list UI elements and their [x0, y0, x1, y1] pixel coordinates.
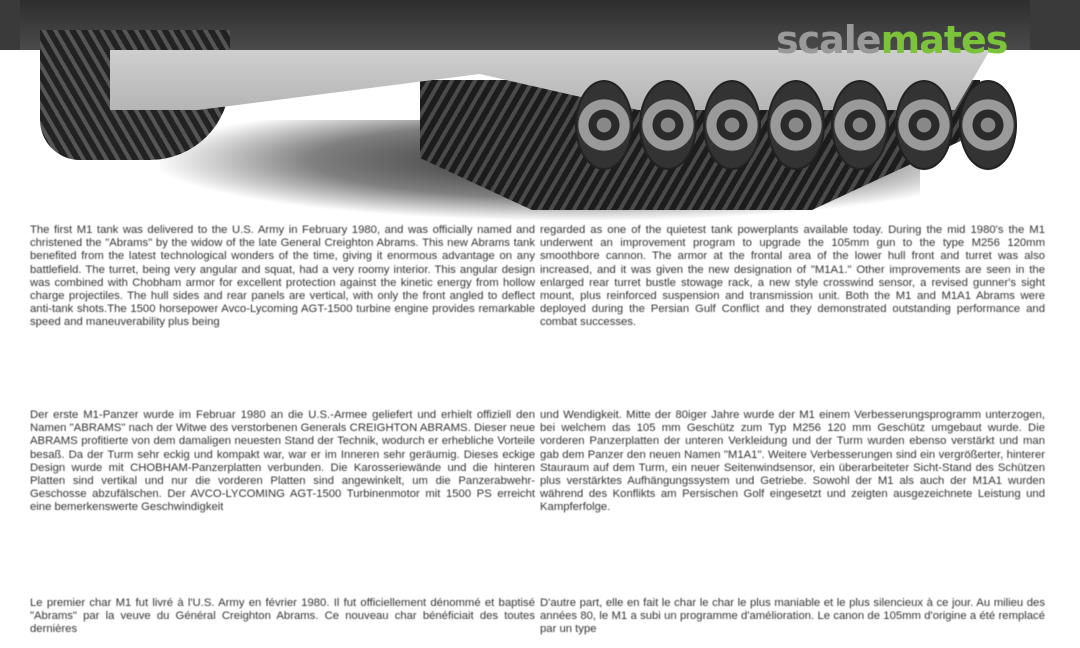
text-fr-right: D'autre part, elle en fait le char le ch… — [540, 597, 1045, 637]
logo-part-scale: scale — [776, 18, 881, 62]
paragraph-de-left: Der erste M1-Panzer wurde im Februar 198… — [30, 409, 535, 515]
paragraph-en-left: The first M1 tank was delivered to the U… — [30, 224, 535, 330]
logo-part-mates: mates — [881, 18, 1008, 62]
road-wheel — [959, 80, 1017, 170]
text-fr-left: Le premier char M1 fut livré à l'U.S. Ar… — [30, 597, 535, 637]
road-wheel — [895, 80, 953, 170]
text-de-right: und Wendigkeit. Mitte der 80iger Jahre w… — [540, 409, 1045, 515]
scalemates-logo[interactable]: scalemates — [776, 18, 1007, 62]
road-wheel — [767, 80, 825, 170]
road-wheels — [575, 80, 1017, 170]
text-de-left: Der erste M1-Panzer wurde im Februar 198… — [30, 409, 535, 515]
road-wheel — [639, 80, 697, 170]
paragraph-de-right: und Wendigkeit. Mitte der 80iger Jahre w… — [540, 409, 1045, 515]
paragraph-fr-left: Le premier char M1 fut livré à l'U.S. Ar… — [30, 597, 535, 637]
road-wheel — [703, 80, 761, 170]
paragraph-en-right: regarded as one of the quietest tank pow… — [540, 224, 1045, 330]
text-en-right: regarded as one of the quietest tank pow… — [540, 224, 1045, 330]
paragraph-fr-right: D'autre part, elle en fait le char le ch… — [540, 597, 1045, 637]
road-wheel — [575, 80, 633, 170]
text-en-left: The first M1 tank was delivered to the U… — [30, 224, 535, 330]
road-wheel — [831, 80, 889, 170]
